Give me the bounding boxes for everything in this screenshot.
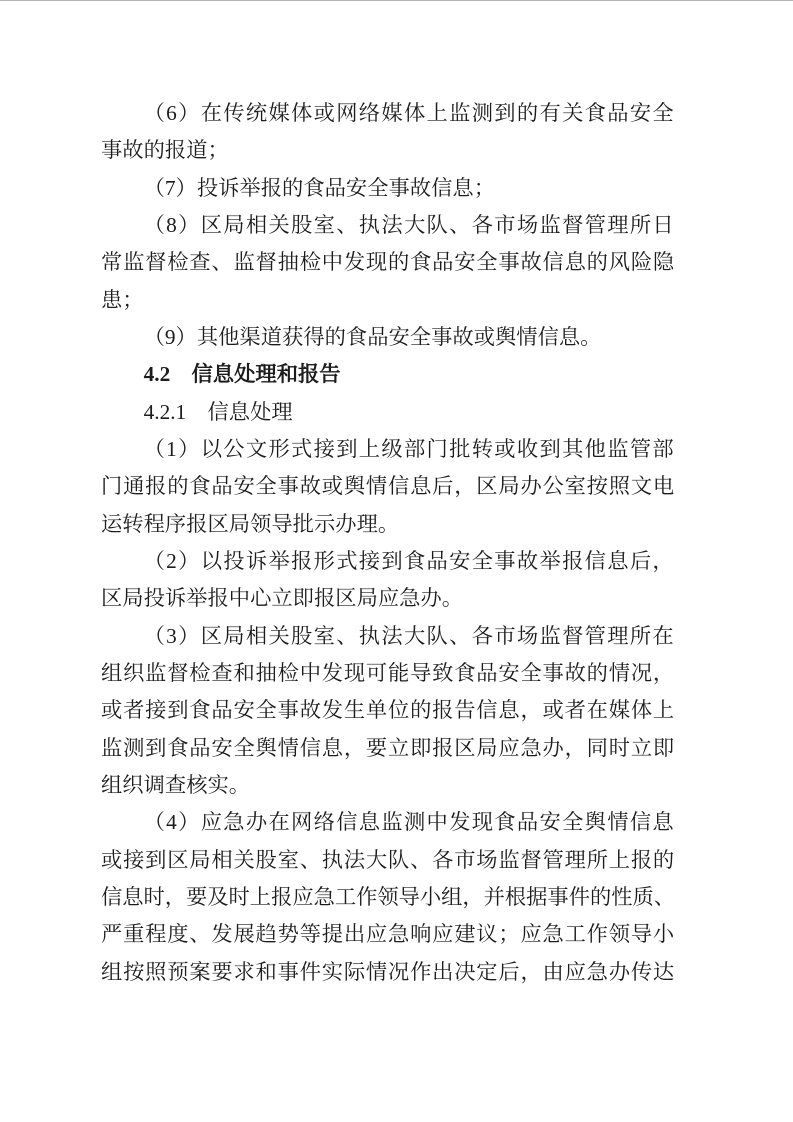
paragraph-line: 信息时，要及时上报应急工作领导小组，并根据事件的性质、	[101, 879, 675, 916]
paragraph-line: 门通报的食品安全事故或舆情信息后，区局办公室按照文电	[101, 468, 675, 505]
paragraph-line: （1）以公文形式接到上级部门批转或收到其他监管部	[101, 431, 675, 468]
paragraph-line: （8）区局相关股室、执法大队、各市场监督管理所日	[101, 207, 675, 244]
paragraph-line: 监测到食品安全舆情信息，要立即报区局应急办，同时立即	[101, 730, 675, 767]
paragraph-line: （2）以投诉举报形式接到食品安全事故举报信息后，	[101, 543, 675, 580]
paragraph-line: 患；	[101, 282, 675, 319]
paragraph-line: 或者接到食品安全事故发生单位的报告信息，或者在媒体上	[101, 692, 675, 729]
paragraph-line: 或接到区局相关股室、执法大队、各市场监督管理所上报的	[101, 842, 675, 879]
paragraph-line: 严重程度、发展趋势等提出应急响应建议；应急工作领导小	[101, 916, 675, 953]
document-page: （6）在传统媒体或网络媒体上监测到的有关食品安全 事故的报道； （7）投诉举报的…	[0, 0, 793, 1122]
paragraph-line: 常监督检查、监督抽检中发现的食品安全事故信息的风险隐	[101, 244, 675, 281]
paragraph-line: 运转程序报区局领导批示办理。	[101, 506, 675, 543]
subsection-heading-4-2-1: 4.2.1 信息处理	[101, 394, 675, 431]
paragraph-line: （6）在传统媒体或网络媒体上监测到的有关食品安全	[101, 95, 675, 132]
paragraph-line: 组织监督检查和抽检中发现可能导致食品安全事故的情况，	[101, 655, 675, 692]
paragraph-line: 组按照预案要求和事件实际情况作出决定后，由应急办传达	[101, 954, 675, 991]
paragraph-line: 区局投诉举报中心立即报区局应急办。	[101, 580, 675, 617]
paragraph-line: （9）其他渠道获得的食品安全事故或舆情信息。	[101, 319, 675, 356]
paragraph-line: （7）投诉举报的食品安全事故信息；	[101, 170, 675, 207]
page-top-edge	[0, 0, 793, 1]
paragraph-line: （4）应急办在网络信息监测中发现食品安全舆情信息	[101, 804, 675, 841]
paragraph-line: 组织调查核实。	[101, 767, 675, 804]
document-text-column: （6）在传统媒体或网络媒体上监测到的有关食品安全 事故的报道； （7）投诉举报的…	[101, 95, 675, 991]
paragraph-line: （3）区局相关股室、执法大队、各市场监督管理所在	[101, 618, 675, 655]
section-heading-4-2: 4.2 信息处理和报告	[101, 356, 675, 393]
paragraph-line: 事故的报道；	[101, 132, 675, 169]
